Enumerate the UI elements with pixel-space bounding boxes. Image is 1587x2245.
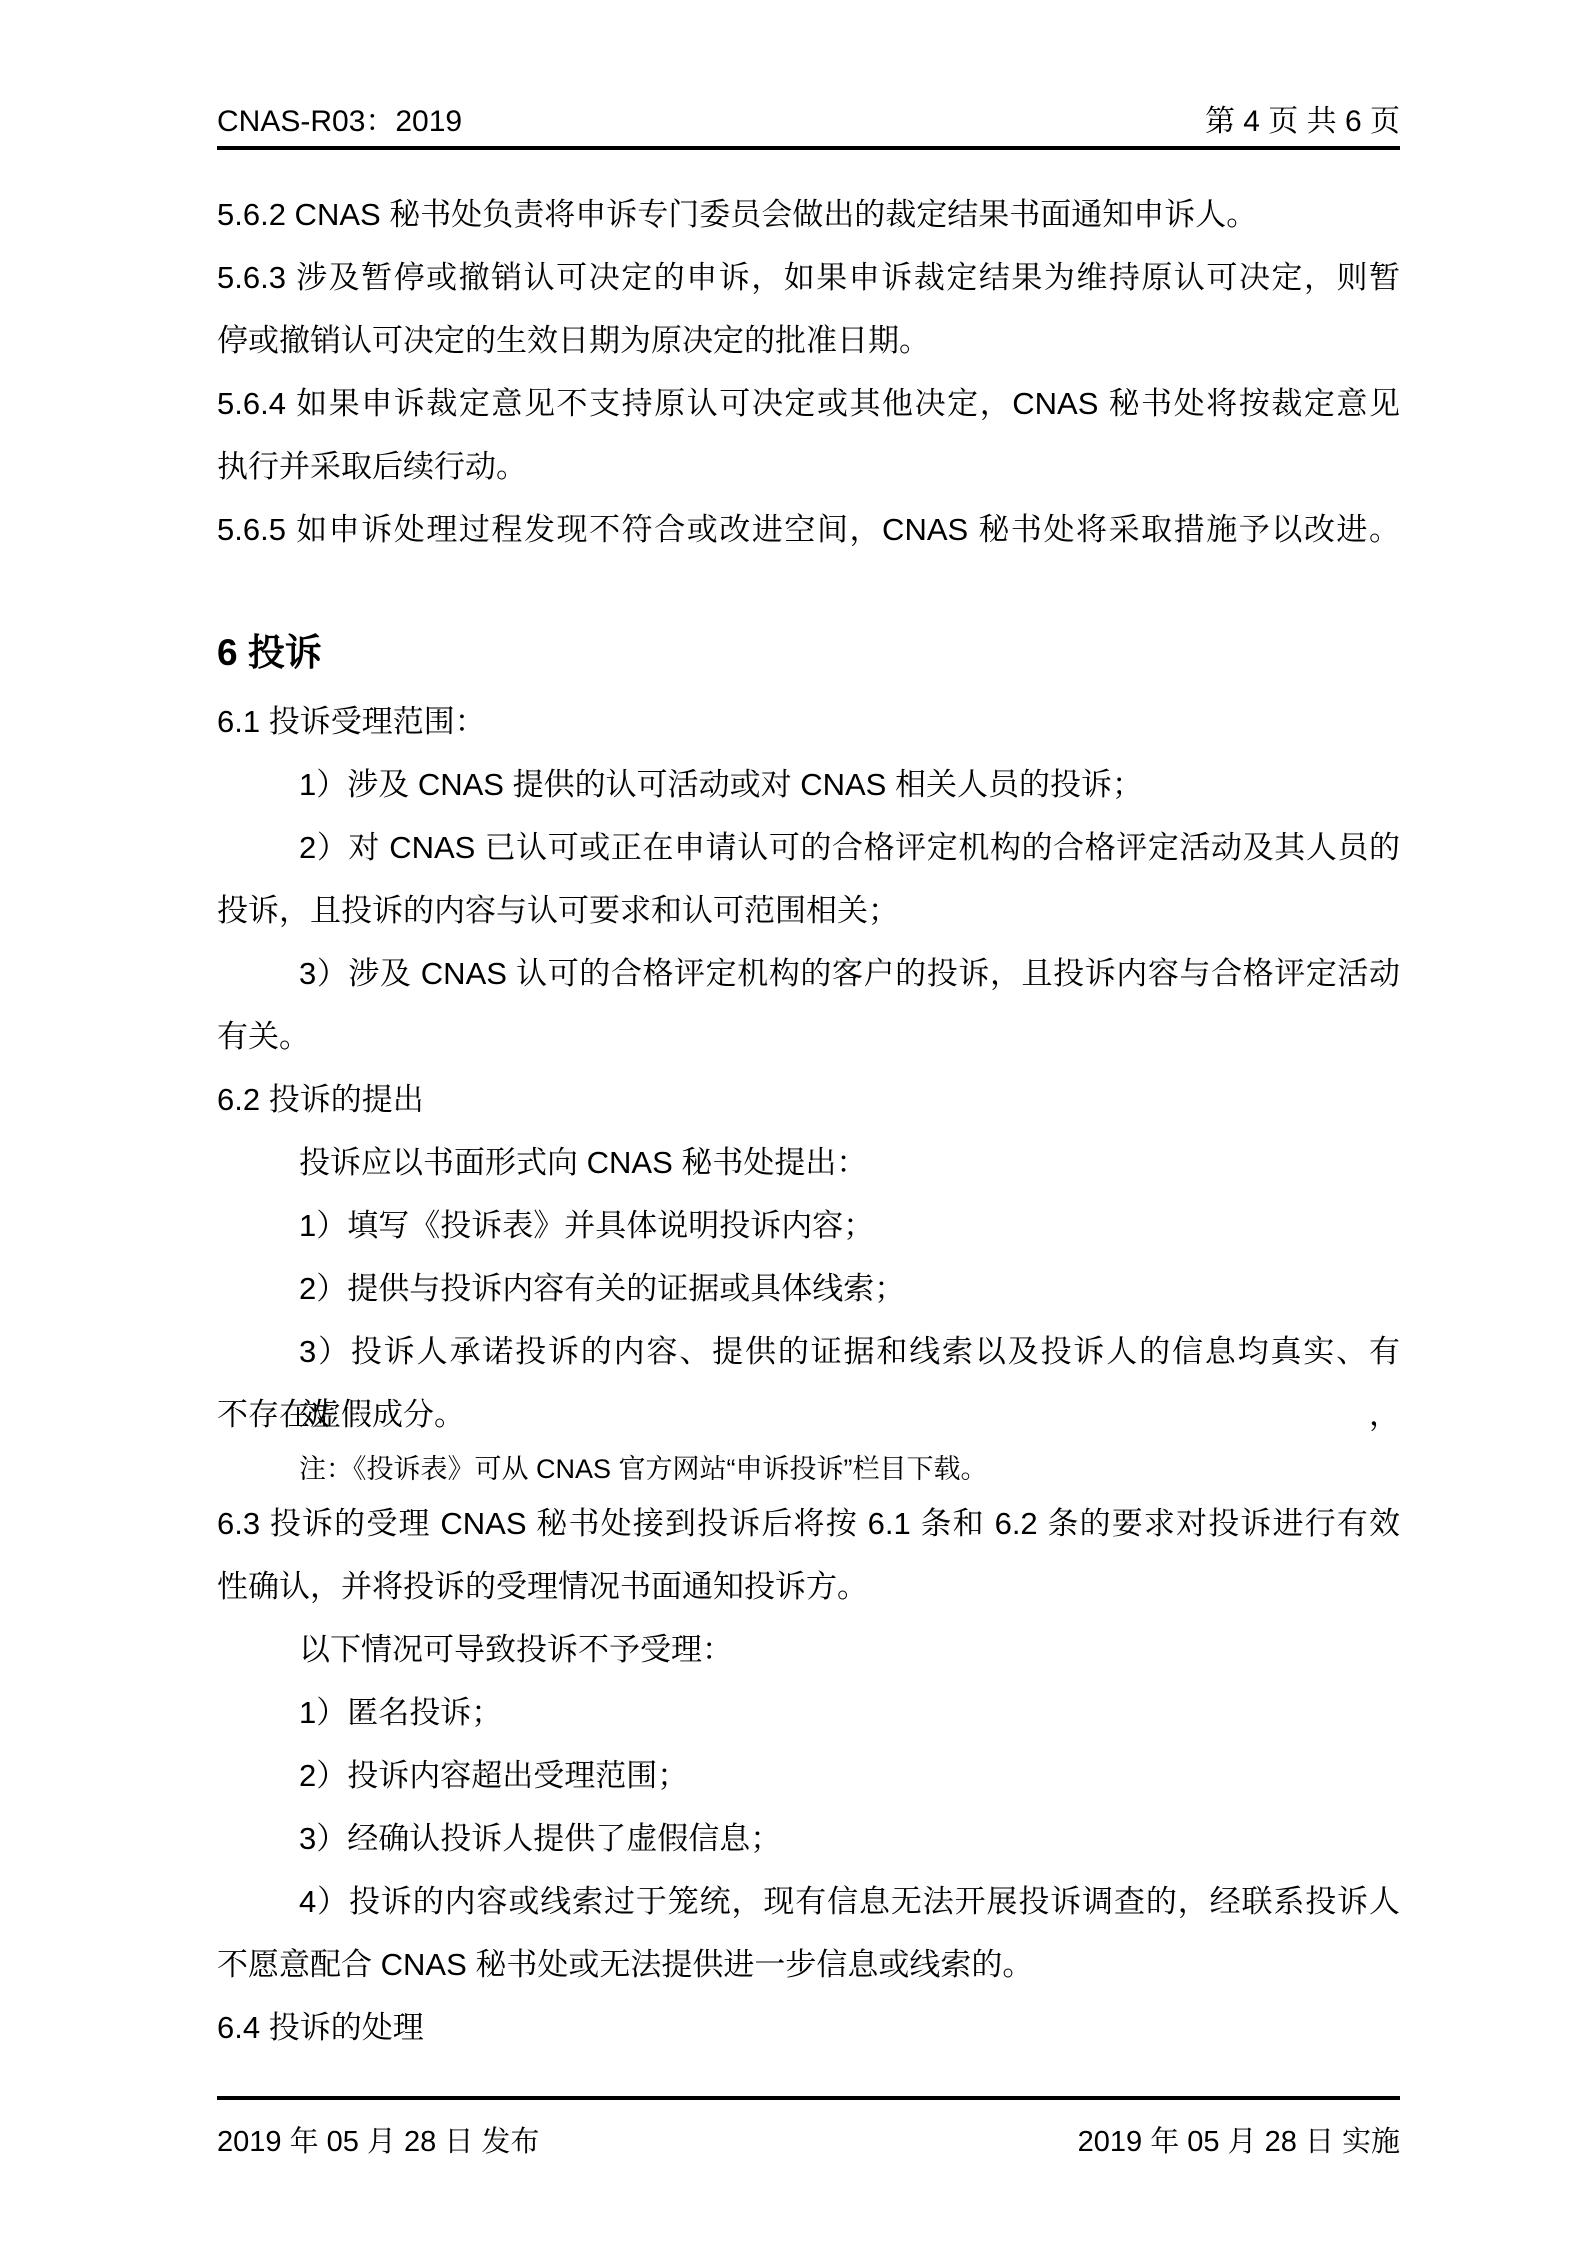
clause-line: 投诉，且投诉的内容与认可要求和认可范围相关； xyxy=(217,879,1400,942)
document-body: 5.6.2 CNAS 秘书处负责将申诉专门委员会做出的裁定结果书面通知申诉人。 … xyxy=(217,183,1400,2059)
note-line: 注：《投诉表》可从 CNAS 官方网站“申诉投诉”栏目下载。 xyxy=(217,1446,1400,1492)
document-page: CNAS-R03：2019 第 4 页 共 6 页 5.6.2 CNAS 秘书处… xyxy=(0,0,1587,2245)
list-item-line: 3）经确认投诉人提供了虚假信息； xyxy=(217,1807,1400,1870)
list-item-line: 2）对 CNAS 已认可或正在申请认可的合格评定机构的合格评定活动及其人员的 xyxy=(217,816,1400,879)
clause-line: 5.6.3 涉及暂停或撤销认可决定的申诉，如果申诉裁定结果为维持原认可决定，则暂 xyxy=(217,246,1400,309)
clause-line: 6.2 投诉的提出 xyxy=(217,1068,1400,1131)
clause-line: 5.6.4 如果申诉裁定意见不支持原认可决定或其他决定，CNAS 秘书处将按裁定… xyxy=(217,372,1400,435)
list-item-line: 1）涉及 CNAS 提供的认可活动或对 CNAS 相关人员的投诉； xyxy=(217,753,1400,816)
implement-date: 2019 年 05 月 28 日 实施 xyxy=(1078,2124,1400,2160)
list-item-line: 3）涉及 CNAS 认可的合格评定机构的客户的投诉，且投诉内容与合格评定活动 xyxy=(217,942,1400,1005)
header-doc-code: CNAS-R03：2019 xyxy=(217,104,462,140)
list-item-line: 2）投诉内容超出受理范围； xyxy=(217,1744,1400,1807)
page-header: CNAS-R03：2019 第 4 页 共 6 页 xyxy=(217,104,1400,140)
list-item-line: 1）匿名投诉； xyxy=(217,1681,1400,1744)
clause-line: 5.6.5 如申诉处理过程发现不符合或改进空间，CNAS 秘书处将采取措施予以改… xyxy=(217,498,1400,561)
clause-line: 有关。 xyxy=(217,1005,1400,1068)
clause-line: 6.4 投诉的处理 xyxy=(217,1996,1400,2059)
list-item-line: 1）填写《投诉表》并具体说明投诉内容； xyxy=(217,1194,1400,1257)
clause-line: 停或撤销认可决定的生效日期为原决定的批准日期。 xyxy=(217,309,1400,372)
publish-date: 2019 年 05 月 28 日 发布 xyxy=(217,2124,539,2160)
clause-line: 以下情况可导致投诉不予受理： xyxy=(217,1618,1400,1681)
clause-line: 投诉应以书面形式向 CNAS 秘书处提出： xyxy=(217,1131,1400,1194)
footer-rule xyxy=(217,2096,1400,2100)
list-item-line: 2）提供与投诉内容有关的证据或具体线索； xyxy=(217,1257,1400,1320)
clause-line: 6.3 投诉的受理 CNAS 秘书处接到投诉后将按 6.1 条和 6.2 条的要… xyxy=(217,1492,1400,1555)
page-footer: 2019 年 05 月 28 日 发布 2019 年 05 月 28 日 实施 xyxy=(217,2124,1400,2160)
clause-line: 性确认，并将投诉的受理情况书面通知投诉方。 xyxy=(217,1555,1400,1618)
header-rule xyxy=(217,146,1400,150)
clause-line: 不愿意配合 CNAS 秘书处或无法提供进一步信息或线索的。 xyxy=(217,1933,1400,1996)
header-page-indicator: 第 4 页 共 6 页 xyxy=(1205,104,1400,140)
clause-line: 5.6.2 CNAS 秘书处负责将申诉专门委员会做出的裁定结果书面通知申诉人。 xyxy=(217,183,1400,246)
section-6-heading: 6 投诉 xyxy=(217,616,1400,690)
clause-line: 执行并采取后续行动。 xyxy=(217,435,1400,498)
list-item-line: 4）投诉的内容或线索过于笼统，现有信息无法开展投诉调查的，经联系投诉人 xyxy=(217,1870,1400,1933)
clause-line: 6.1 投诉受理范围： xyxy=(217,690,1400,753)
list-item-line: 3）投诉人承诺投诉的内容、提供的证据和线索以及投诉人的信息均真实、有效， xyxy=(217,1320,1400,1383)
